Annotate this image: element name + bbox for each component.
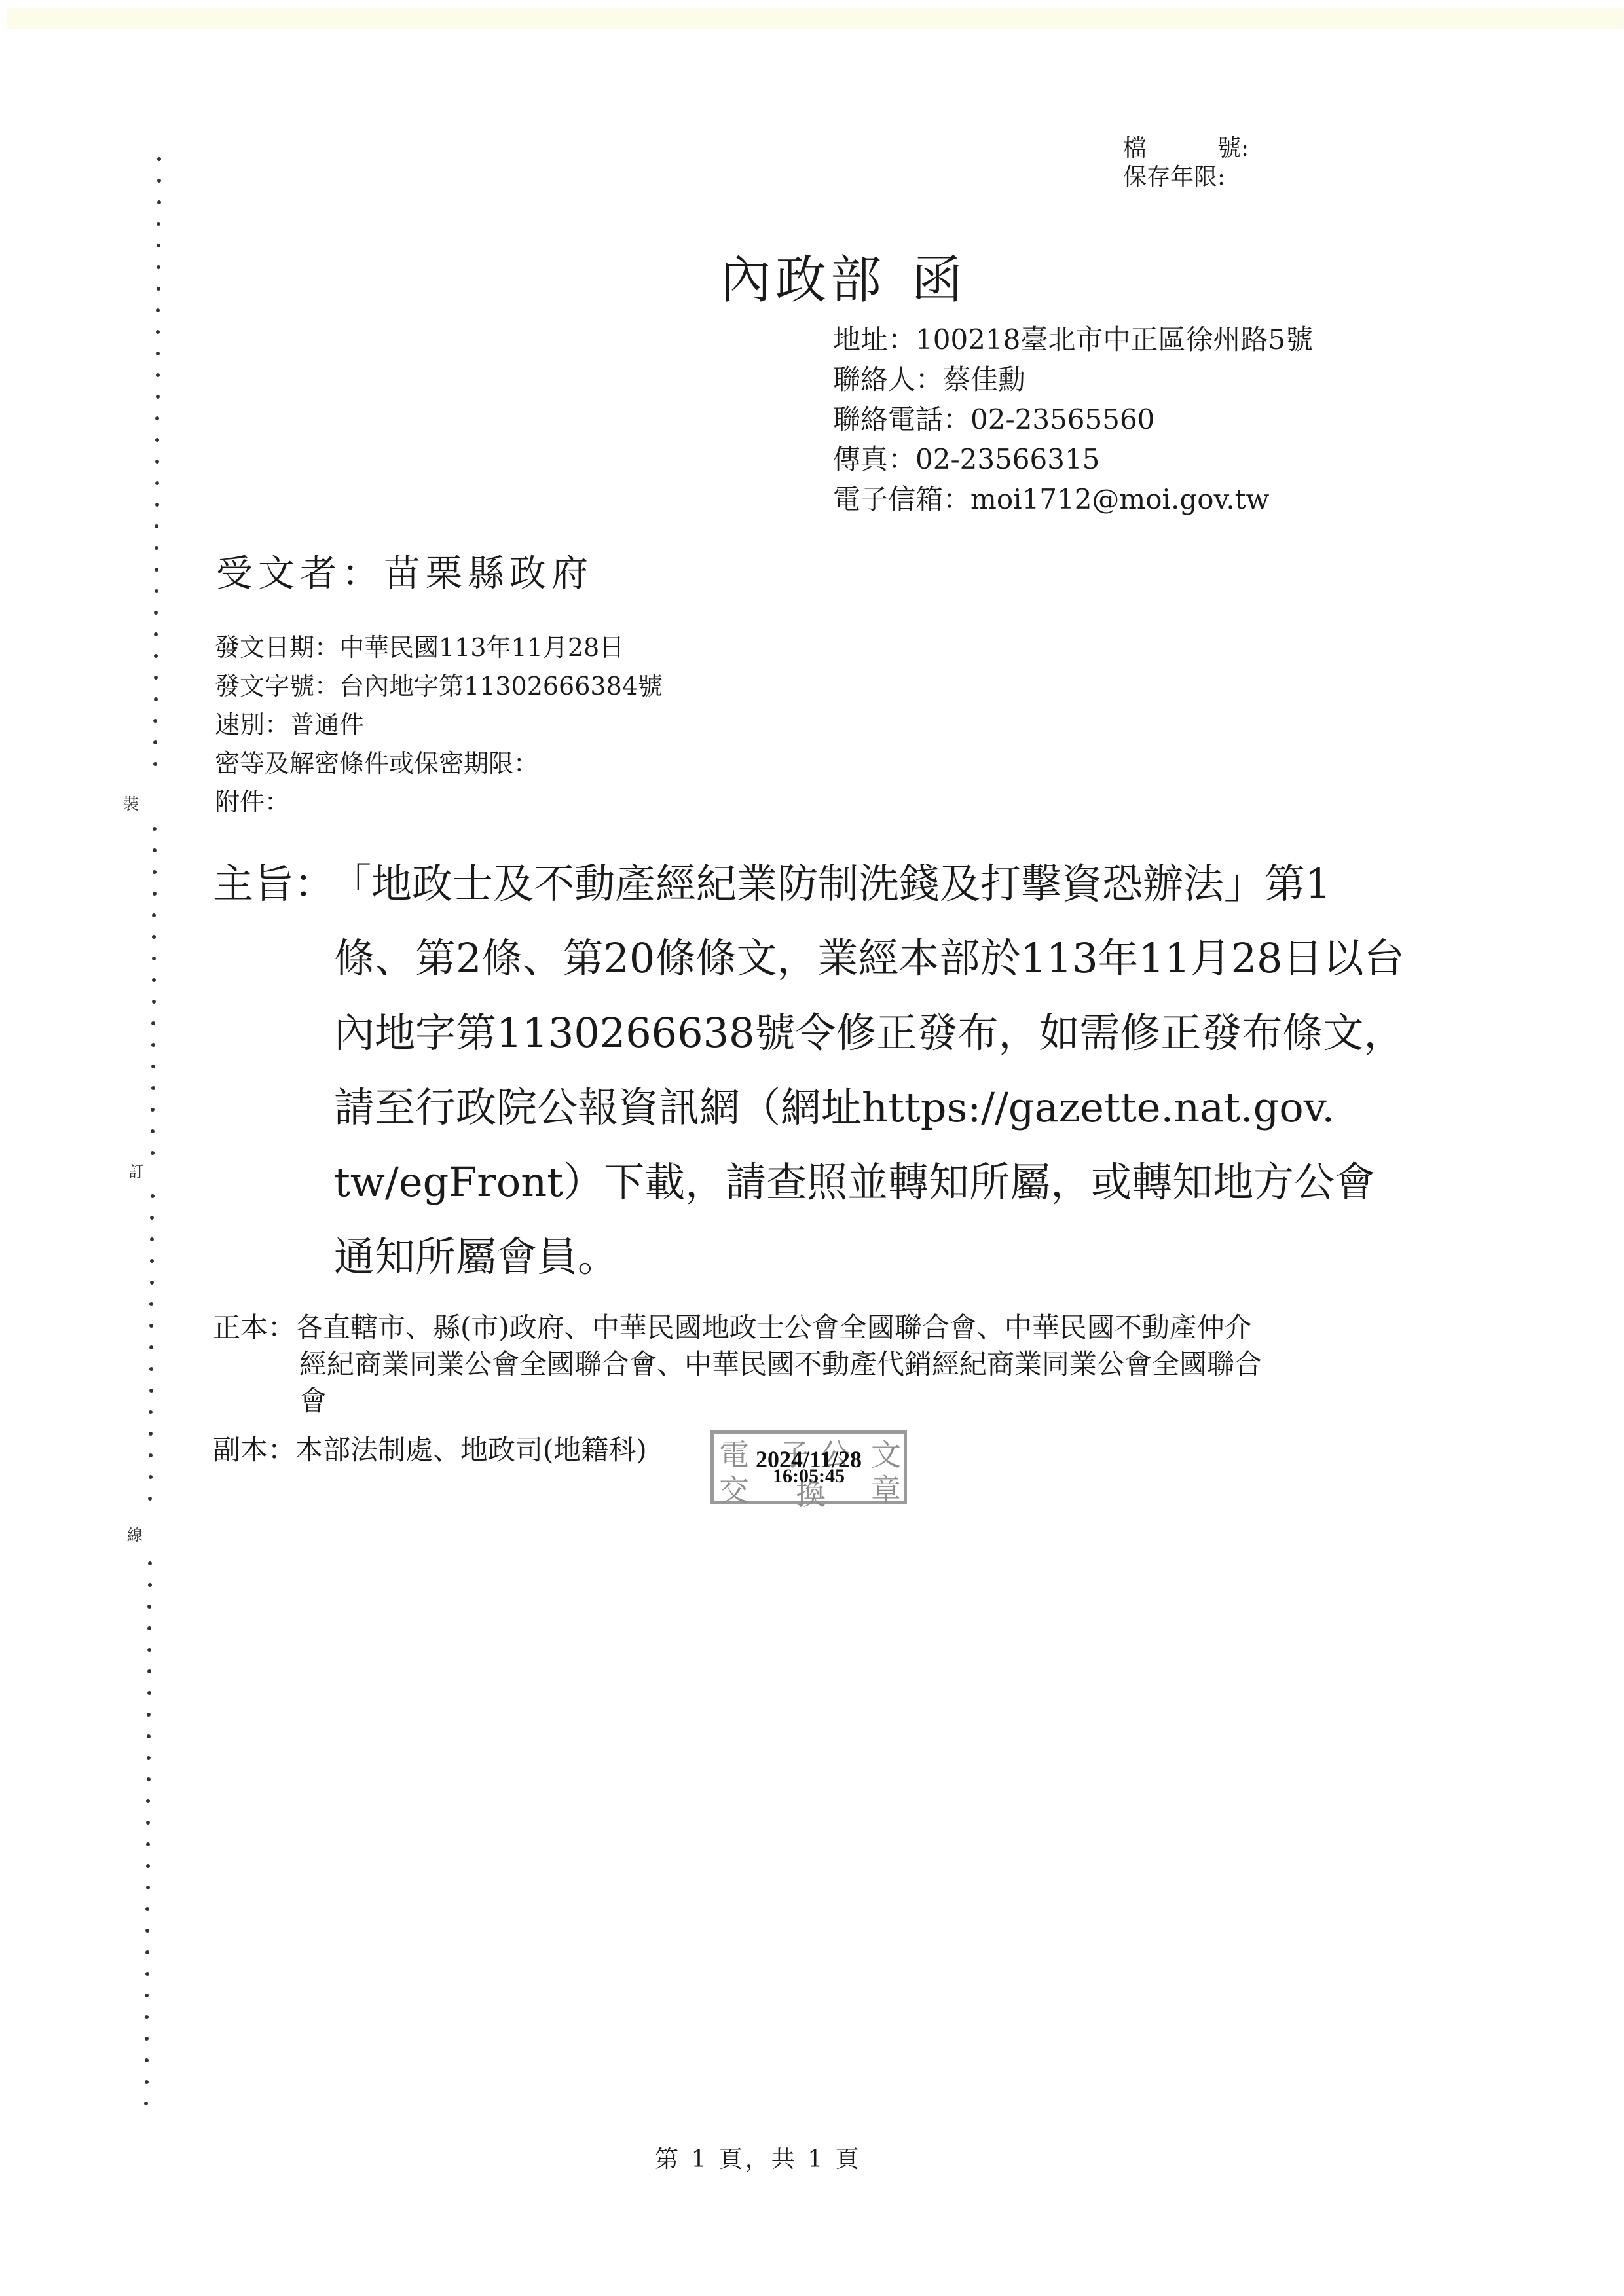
subject-label: 主旨： <box>213 851 335 909</box>
binding-dot <box>150 1237 154 1241</box>
binding-dot <box>156 373 160 377</box>
document-number: 發文字號：台內地字第11302666384號 <box>215 667 663 706</box>
binding-dot <box>145 1907 149 1911</box>
binding-dot <box>153 827 157 831</box>
recipient: 受文者：苗栗縣政府 <box>216 545 593 597</box>
scan-artifact-band <box>7 8 1624 29</box>
binding-dot <box>153 848 157 852</box>
binding-dot <box>151 1086 155 1090</box>
binding-dot <box>155 589 158 593</box>
speed-class: 速別：普通件 <box>215 706 663 744</box>
binding-dot <box>151 1043 155 1047</box>
binding-dot <box>153 719 157 723</box>
binding-dot <box>144 2102 148 2105</box>
binding-dot <box>149 1302 153 1306</box>
contact-person: 聯絡人：蔡佳勳 <box>833 359 1313 399</box>
e-document-exchange-stamp: 電 子 公 文 交 換 章 2024/11/28 16:05:45 <box>710 1430 907 1504</box>
attachments: 附件： <box>215 783 663 822</box>
binding-label-bind: 裝 <box>123 791 139 814</box>
binding-dot <box>154 632 158 636</box>
binding-label-staple: 訂 <box>128 1159 144 1182</box>
binding-dot <box>155 460 159 464</box>
binding-dot <box>154 697 158 701</box>
binding-dot <box>146 1864 150 1868</box>
binding-dot <box>154 654 158 658</box>
binding-dot <box>157 200 161 204</box>
stamp-time: 16:05:45 <box>714 1465 904 1487</box>
binding-dot <box>157 287 160 291</box>
binding-dot <box>149 1367 153 1371</box>
binding-dot <box>149 1345 153 1349</box>
binding-dot <box>149 1324 153 1328</box>
binding-dot <box>157 244 160 247</box>
subject-line: 通知所屬會員。 <box>334 1224 618 1283</box>
binding-dot <box>146 1842 150 1846</box>
binding-dot <box>152 1000 156 1004</box>
binding-dot <box>151 1194 155 1198</box>
binding-dot <box>156 308 160 312</box>
binding-dot <box>149 1432 153 1436</box>
binding-dot <box>147 1691 151 1695</box>
retention-period-label: 保存年限: <box>1123 163 1249 192</box>
binding-dot <box>147 1626 151 1630</box>
distribution-main: 正本：各直轄市、縣(市)政府、中華民國地政士公會全國聯合會、中華民國不動產仲介 … <box>213 1309 1262 1419</box>
address: 地址：100218臺北市中正區徐州路5號 <box>833 319 1313 359</box>
distribution-copy: 副本：本部法制處、地政司(地籍科) <box>213 1429 647 1468</box>
binding-dot <box>147 1648 151 1652</box>
binding-dot <box>153 870 157 874</box>
binding-dot <box>147 1713 151 1717</box>
binding-dot <box>150 1281 154 1285</box>
document-meta: 發文日期：中華民國113年11月28日 發文字號：台內地字第1130266638… <box>215 629 663 822</box>
binding-dot <box>146 1886 150 1889</box>
subject-line: 請至行政院公報資訊網（網址https://gazette.nat.gov. <box>334 1075 1335 1133</box>
binding-dot <box>148 1561 152 1565</box>
binding-dot <box>157 222 160 226</box>
binding-dot <box>153 740 157 744</box>
binding-dot <box>147 1777 151 1781</box>
fax: 傳真：02-23566315 <box>833 439 1313 479</box>
phone: 聯絡電話：02-23565560 <box>833 399 1313 439</box>
binding-dot <box>149 1453 153 1457</box>
binding-dot <box>150 1259 154 1263</box>
binding-margin: 裝 訂 線 <box>0 0 196 2296</box>
binding-dot <box>151 1108 155 1112</box>
binding-dot <box>145 1950 149 1954</box>
binding-dot <box>148 1497 152 1501</box>
main-recipients-line: 正本：各直轄市、縣(市)政府、中華民國地政士公會全國聯合會、中華民國不動產仲介 <box>213 1309 1262 1346</box>
contact-block: 地址：100218臺北市中正區徐州路5號 聯絡人：蔡佳勳 聯絡電話：02-235… <box>833 319 1313 519</box>
binding-dot <box>151 1151 155 1155</box>
binding-dot <box>151 1129 155 1133</box>
binding-dot <box>154 676 158 680</box>
binding-dot <box>147 1756 151 1760</box>
binding-dot <box>147 1669 151 1673</box>
binding-dot <box>156 352 160 355</box>
binding-label-line: 線 <box>127 1522 143 1545</box>
subject-line: tw/egFront）下載，請查照並轉知所屬，或轉知地方公會 <box>334 1150 1375 1208</box>
binding-dot <box>152 957 156 960</box>
agency-name: 內政部 <box>720 251 885 310</box>
binding-dot <box>149 1410 153 1414</box>
binding-dot <box>155 546 158 550</box>
binding-dot <box>147 1734 151 1738</box>
binding-dot <box>145 1929 149 1933</box>
binding-dot <box>145 2015 149 2019</box>
email: 電子信箱：moi1712@moi.gov.tw <box>833 479 1313 519</box>
binding-dot <box>154 611 158 615</box>
binding-dot <box>145 2058 149 2062</box>
binding-dot <box>155 524 158 528</box>
main-recipients-line: 經紀商業同業公會全國聯合會、中華民國不動產代銷經紀商業同業公會全國聯合 <box>213 1346 1262 1383</box>
binding-dot <box>146 1799 150 1803</box>
classification: 密等及解密條件或保密期限： <box>215 744 663 783</box>
binding-dot <box>157 265 160 269</box>
binding-dot <box>155 503 159 507</box>
subject-line: 條、第2條、第20條條文，業經本部於113年11月28日以台 <box>334 926 1404 984</box>
binding-dot <box>149 1475 153 1479</box>
binding-dot <box>153 892 157 896</box>
binding-dot <box>148 1583 152 1587</box>
binding-dot <box>152 935 156 939</box>
binding-dot <box>145 2080 149 2084</box>
binding-dot <box>151 1021 155 1025</box>
binding-dot <box>145 1994 149 1997</box>
file-meta: 檔 號: 保存年限: <box>1123 134 1249 192</box>
main-recipients-line: 會 <box>213 1383 1262 1419</box>
binding-dot <box>151 1065 155 1068</box>
binding-dot <box>156 330 160 334</box>
binding-dot <box>157 157 161 161</box>
binding-dot <box>155 481 159 485</box>
page-footer: 第 1 頁，共 1 頁 <box>655 2141 862 2174</box>
binding-dot <box>152 913 156 917</box>
binding-dot <box>155 438 159 442</box>
subject-line: 內地字第1130266638號令修正發布，如需修正發布條文， <box>334 1000 1404 1059</box>
issue-date: 發文日期：中華民國113年11月28日 <box>215 629 663 667</box>
document-type: 函 <box>912 251 967 310</box>
file-number-label: 檔 號: <box>1123 134 1249 163</box>
binding-dot <box>147 1605 151 1609</box>
binding-dot <box>153 762 157 766</box>
binding-dot <box>155 568 158 572</box>
binding-dot <box>149 1389 153 1393</box>
subject-line: 「地政士及不動產經紀業防制洗錢及打擊資恐辦法」第1 <box>331 851 1331 909</box>
binding-dot <box>150 1216 154 1220</box>
binding-dot <box>156 395 160 399</box>
binding-dot <box>145 2037 149 2041</box>
binding-dot <box>157 179 161 183</box>
binding-dot <box>155 416 159 420</box>
binding-dot <box>145 1972 149 1976</box>
binding-dot <box>152 978 156 982</box>
document-title: 內政部函 <box>720 239 967 312</box>
binding-dot <box>146 1821 150 1825</box>
